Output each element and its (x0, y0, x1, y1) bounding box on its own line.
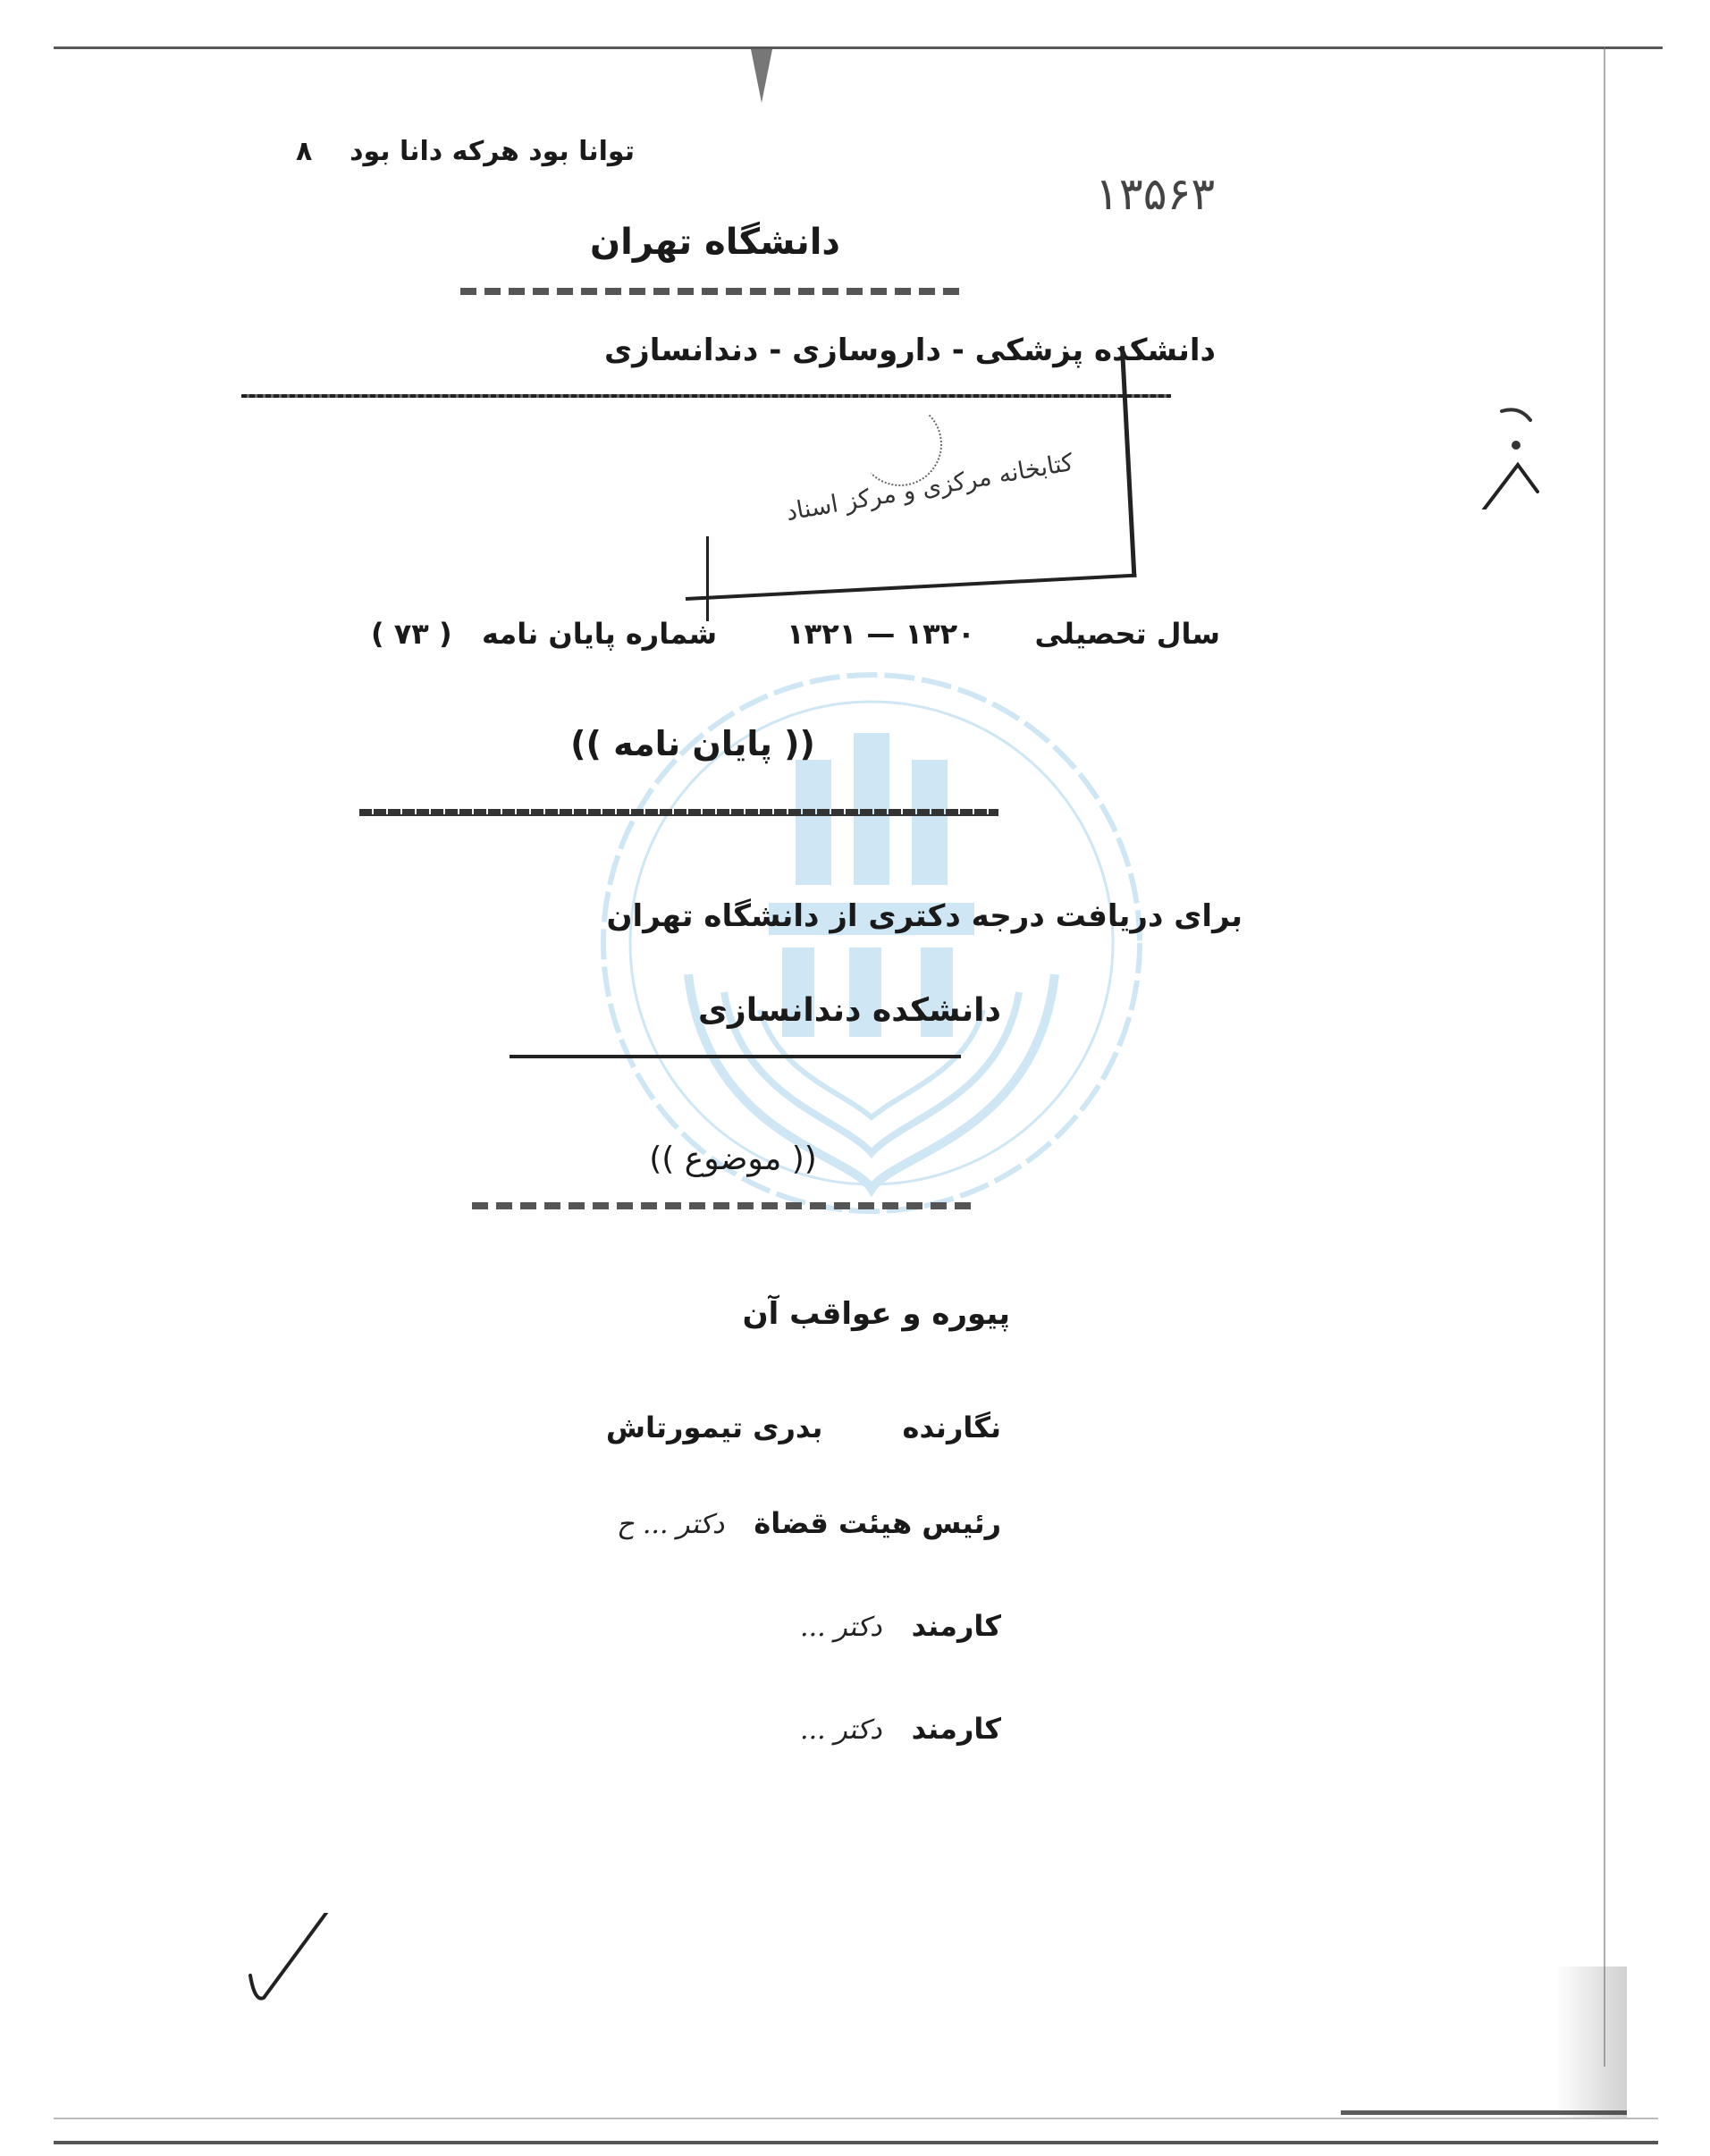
thesis-title: پیوره و عواقب آن (420, 1296, 1010, 1332)
thesis-underline (359, 809, 998, 816)
library-stamp-edge (706, 536, 709, 621)
binding-tab (751, 49, 772, 103)
university-name: دانشگاه تهران (447, 222, 983, 263)
committee-signature: دکتر ... (800, 1714, 901, 1746)
committee-row-member-2: کارمند دکتر ... (572, 1712, 1001, 1746)
committee-row-member-1: کارمند دکتر ... (572, 1609, 1001, 1643)
motto: توانا بود هرکه دانا بود ۸ (152, 136, 635, 167)
motto-mark: ۸ (296, 136, 312, 167)
committee-signature: دکتر ... ح (617, 1509, 744, 1540)
author-line: نگارنده بدری تیمورتاش (447, 1411, 1001, 1444)
author-label: نگارنده (903, 1411, 1001, 1444)
page-bottom-edge (1341, 2110, 1627, 2115)
academic-year: ۱۳۲۰ — ۱۳۲۱ (787, 617, 975, 651)
scan-bottom-rule-dark (54, 2141, 1658, 2144)
page-right-border (1604, 46, 1605, 2067)
page-top-border (54, 46, 1663, 49)
thesis-number-label: شماره پایان نامه (482, 617, 717, 651)
dentistry-faculty: دانشکده دندانسازی (483, 992, 1001, 1029)
caret-mark-icon (1466, 393, 1573, 510)
committee-role: کارمند (912, 1712, 1001, 1746)
checkmark-icon (232, 1913, 366, 2029)
degree-purpose: برای دریافت درجه دکتری از دانشگاه تهران (143, 898, 1242, 934)
page-corner-shadow (1555, 1967, 1627, 2118)
subject-heading: (( موضوع )) (411, 1141, 1055, 1177)
thesis-heading: (( پایان نامه )) (299, 724, 1086, 763)
author-name: بدری تیمورتاش (606, 1411, 823, 1444)
academic-year-line: سال تحصیلی ۱۳۲۰ — ۱۳۲۱ شماره پایان نامه … (103, 617, 1220, 651)
thesis-number: ( ۷۳ ) (371, 617, 452, 651)
committee-signature: دکتر ... (800, 1612, 901, 1643)
motto-text: توانا بود هرکه دانا بود (350, 136, 635, 167)
academic-year-label: سال تحصیلی (1035, 617, 1221, 651)
scan-bottom-rule (54, 2118, 1658, 2119)
committee-role: رئیس هیئت قضاة (754, 1506, 1001, 1540)
subject-underline (472, 1202, 977, 1209)
university-underline (460, 288, 961, 295)
dentistry-faculty-underline (510, 1055, 961, 1058)
committee-row-chair: رئیس هیئت قضاة دکتر ... ح (572, 1506, 1001, 1540)
document-number: ۱۳۵۶۳ (1095, 168, 1215, 220)
committee-role: کارمند (912, 1609, 1001, 1643)
